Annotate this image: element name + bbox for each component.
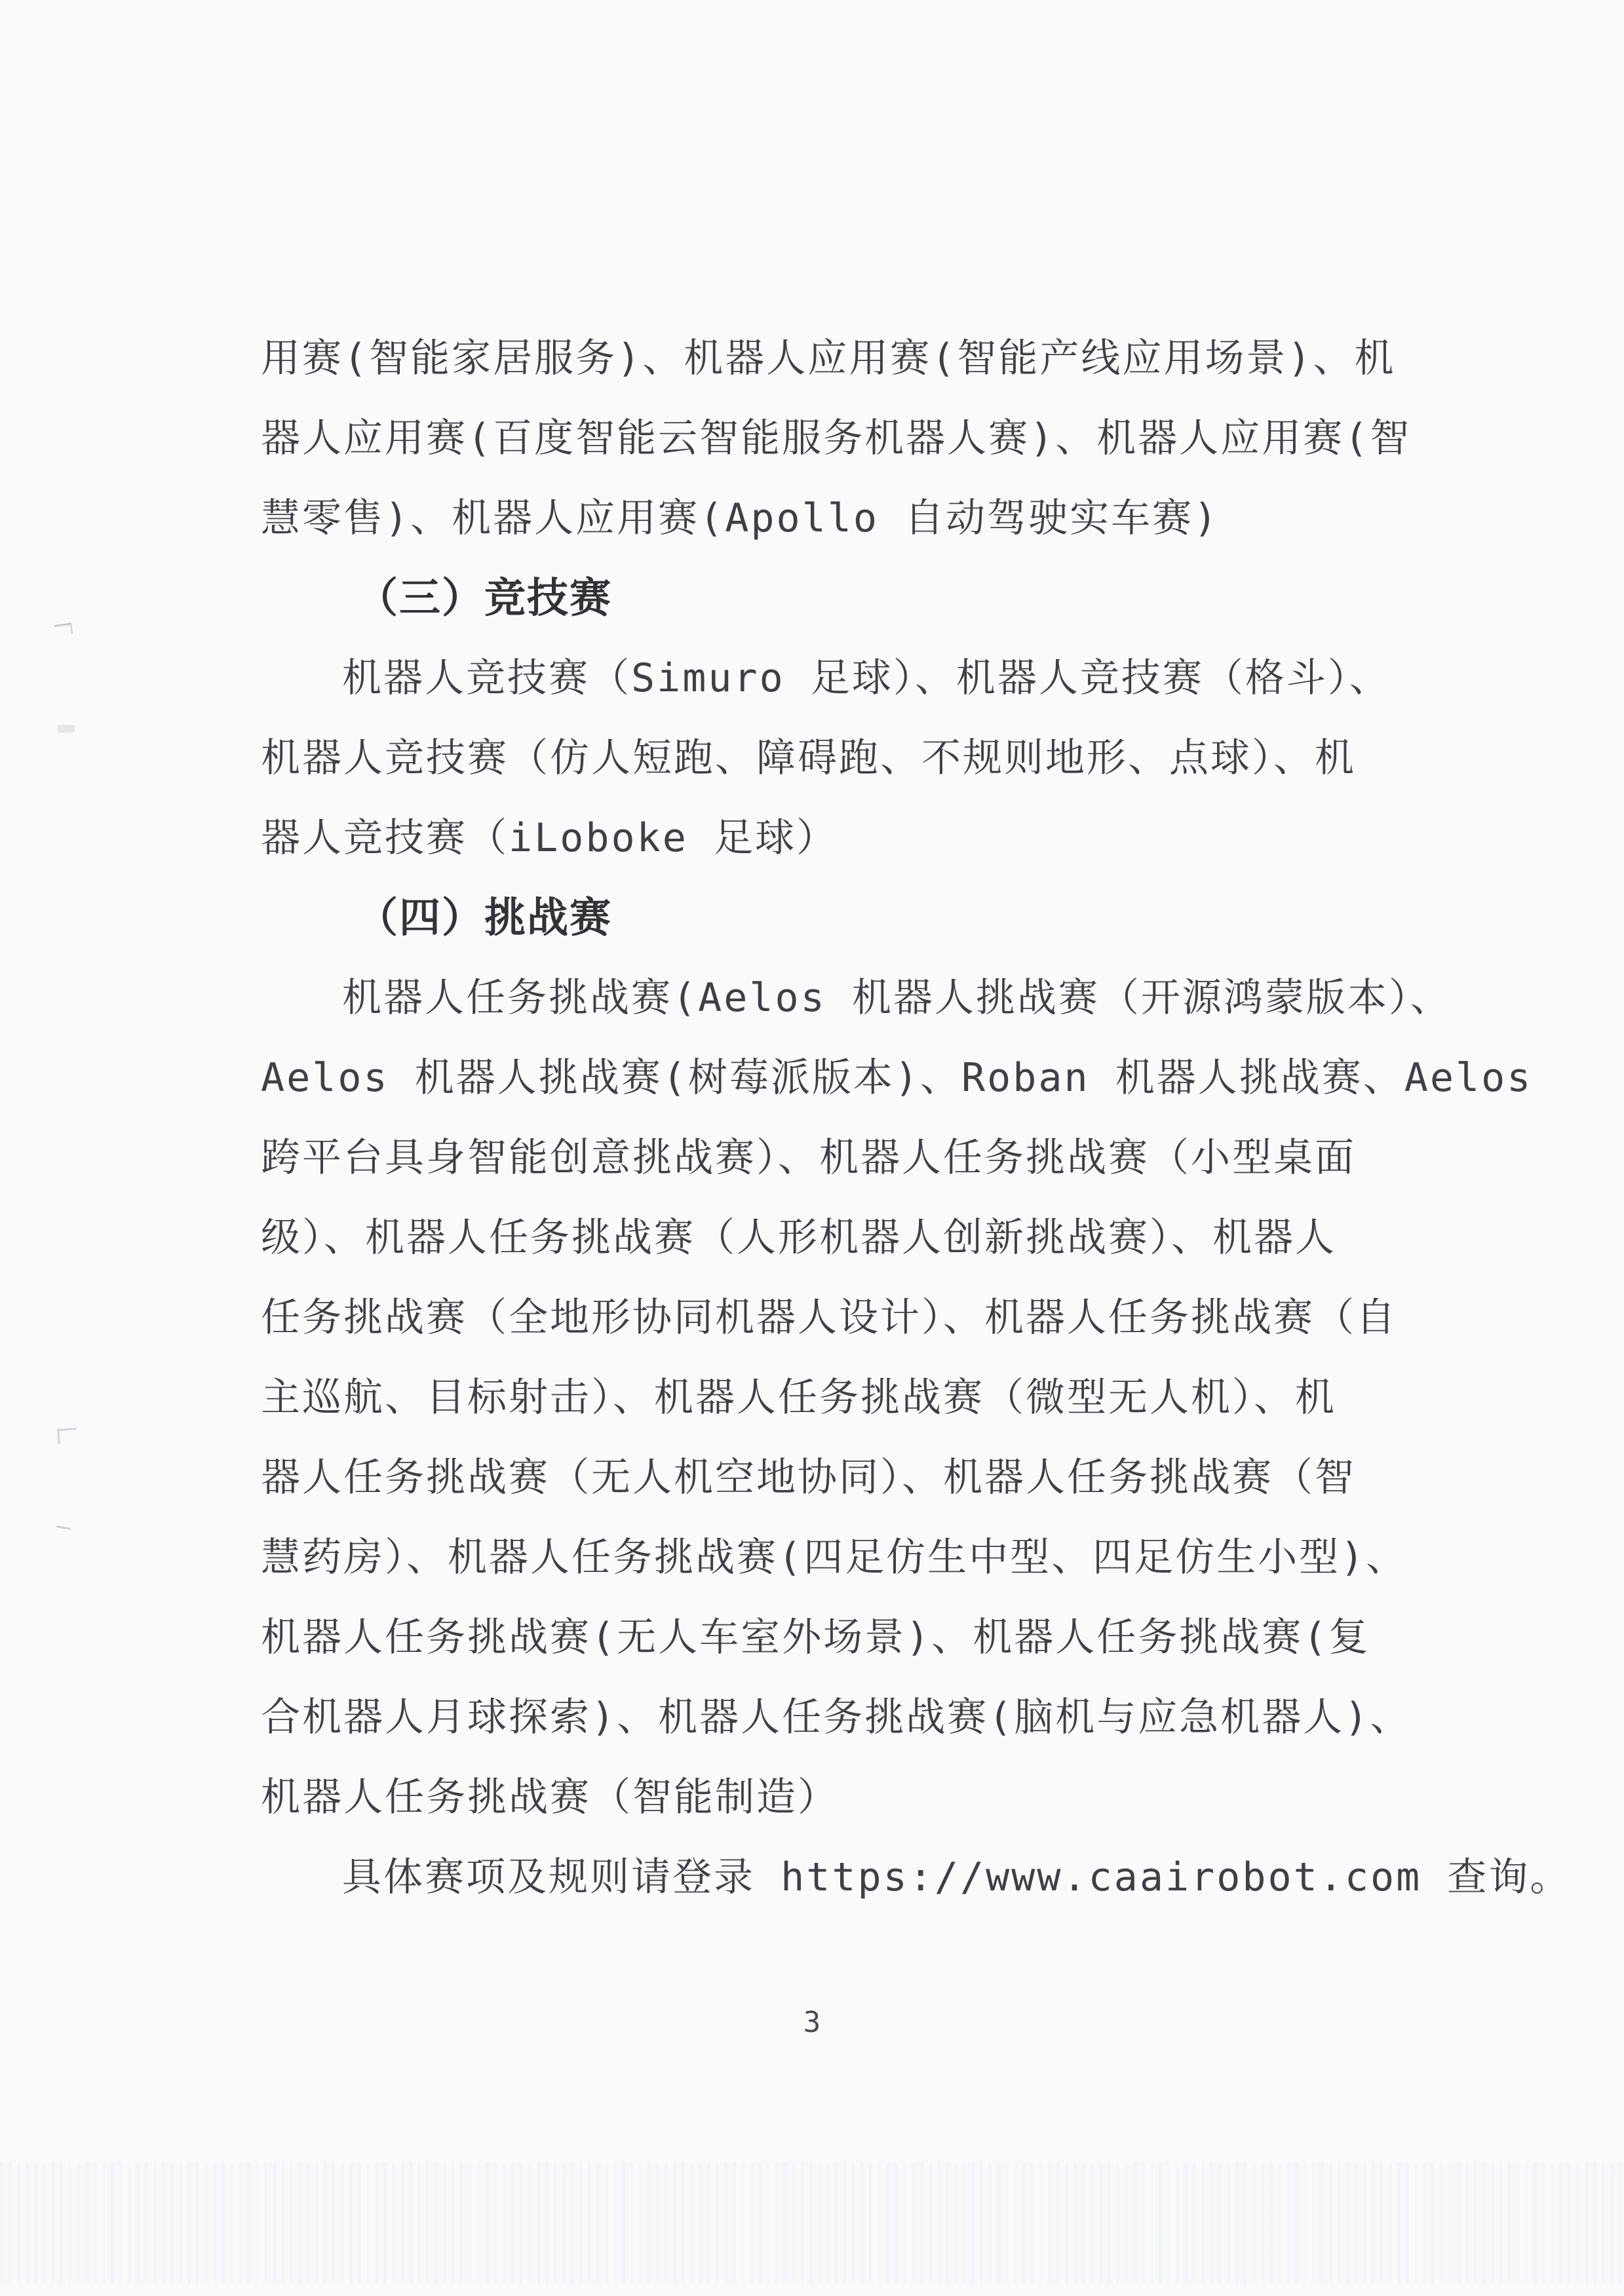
text-line: 机器人任务挑战赛(无人车室外场景)、机器人任务挑战赛(复 — [261, 1598, 1388, 1677]
text-line: 跨平台具身智能创意挑战赛）、机器人任务挑战赛（小型桌面 — [261, 1118, 1388, 1198]
text-line: 器人应用赛(百度智能云智能服务机器人赛)、机器人应用赛(智 — [261, 398, 1388, 478]
margin-mark-dash — [56, 1525, 71, 1530]
text-line: 机器人竞技赛（Simuro 足球）、机器人竞技赛（格斗）、 — [261, 638, 1388, 718]
text-line: 合机器人月球探索)、机器人任务挑战赛(脑机与应急机器人)、 — [261, 1677, 1388, 1757]
text-line: 任务挑战赛（全地形协同机器人设计）、机器人任务挑战赛（自 — [261, 1278, 1388, 1358]
text-line: 级）、机器人任务挑战赛（人形机器人创新挑战赛）、机器人 — [261, 1198, 1388, 1278]
page-number: 3 — [0, 2000, 1624, 2046]
text-line: 机器人任务挑战赛(Aelos 机器人挑战赛（开源鸿蒙版本）、 — [261, 958, 1388, 1038]
text-line: Aelos 机器人挑战赛(树莓派版本)、Roban 机器人挑战赛、Aelos — [261, 1038, 1388, 1118]
text-line: 机器人竞技赛（仿人短跑、障碍跑、不规则地形、点球）、机 — [261, 718, 1388, 798]
text-line: 机器人任务挑战赛（智能制造） — [261, 1757, 1388, 1837]
text-line: 慧药房）、机器人任务挑战赛(四足仿生中型、四足仿生小型)、 — [261, 1518, 1388, 1598]
text-line: 用赛(智能家居服务)、机器人应用赛(智能产线应用场景)、机 — [261, 318, 1388, 398]
text-line: 器人竞技赛（iLoboke 足球） — [261, 798, 1388, 878]
margin-mark-smudge — [58, 725, 75, 733]
text-line: 器人任务挑战赛（无人机空地协同）、机器人任务挑战赛（智 — [261, 1438, 1388, 1518]
margin-mark-squiggle — [54, 622, 73, 636]
scanned-document-page: 用赛(智能家居服务)、机器人应用赛(智能产线应用场景)、机器人应用赛(百度智能云… — [0, 0, 1624, 2296]
text-line: 慧零售)、机器人应用赛(Apollo 自动驾驶实车赛) — [261, 478, 1388, 558]
margin-mark-corner — [57, 1428, 77, 1444]
text-line: 主巡航、目标射击）、机器人任务挑战赛（微型无人机）、机 — [261, 1358, 1388, 1438]
section-heading: （四）挑战赛 — [261, 878, 1388, 958]
document-text-block: 用赛(智能家居服务)、机器人应用赛(智能产线应用场景)、机器人应用赛(百度智能云… — [261, 318, 1388, 1917]
text-line: 具体赛项及规则请登录 https://www.caairobot.com 查询。 — [261, 1837, 1388, 1917]
section-heading: （三）竞技赛 — [261, 558, 1388, 638]
scanner-noise-band — [0, 2162, 1624, 2284]
